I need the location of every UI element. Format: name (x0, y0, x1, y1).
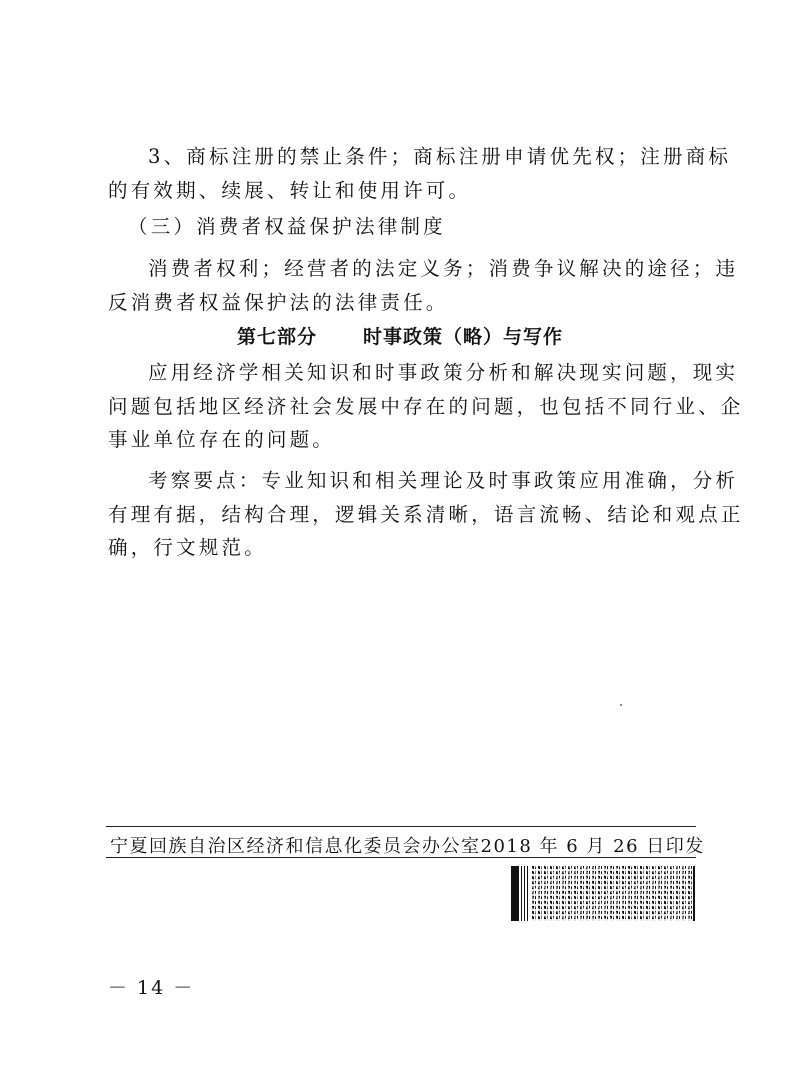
pdf417-barcode (511, 866, 695, 921)
subsection-title-text: （三）消费者权益保护法律制度 (108, 210, 692, 244)
footer-imprint: 宁夏回族自治区经济和信息化委员会办公室 2018 年 6 月 26 日印发 (110, 832, 694, 858)
part-title: 时事政策（略）与写作 (363, 326, 563, 348)
text-line: 3、商标注册的禁止条件；商标注册申请优先权；注册商标 (108, 140, 692, 174)
footer-top-rule (106, 826, 696, 827)
subsection-3-body: 消费者权利；经营者的法定义务；消费争议解决的途径；违 反消费者权益保护法的法律责… (108, 252, 692, 319)
item-3-paragraph: 3、商标注册的禁止条件；商标注册申请优先权；注册商标 的有效期、续展、转让和使用… (108, 140, 692, 207)
barcode-data-block (532, 866, 693, 921)
subsection-3-title: （三）消费者权益保护法律制度 (108, 210, 692, 244)
barcode-stop-pattern (693, 866, 695, 921)
page-number: － 14 － (108, 973, 194, 1000)
text-line: 有理有据，结构合理，逻辑关系清晰，语言流畅、结论和观点正 (108, 498, 692, 532)
scan-speck (620, 704, 622, 706)
issuer-name: 宁夏回族自治区经济和信息化委员会办公室 (110, 832, 481, 858)
text-line: 反消费者权益保护法的法律责任。 (108, 286, 692, 320)
part-7-paragraph-1: 应用经济学相关知识和时事政策分析和解决现实问题，现实 问题包括地区经济社会发展中… (108, 356, 692, 457)
text-line: 考察要点：专业知识和相关理论及时事政策应用准确，分析 (108, 464, 692, 498)
text-line: 问题包括地区经济社会发展中存在的问题，也包括不同行业、企 (108, 390, 692, 424)
footer-bottom-rule (106, 857, 696, 858)
issue-date: 2018 年 6 月 26 日印发 (481, 832, 705, 858)
text-line: 确，行文规范。 (108, 531, 692, 565)
barcode-start-pattern (511, 866, 532, 921)
text-line: 事业单位存在的问题。 (108, 423, 692, 457)
part-label: 第七部分 (237, 326, 317, 348)
text-line: 消费者权利；经营者的法定义务；消费争议解决的途径；违 (108, 252, 692, 286)
part-7-paragraph-2: 考察要点：专业知识和相关理论及时事政策应用准确，分析 有理有据，结构合理，逻辑关… (108, 464, 692, 565)
text-line: 应用经济学相关知识和时事政策分析和解决现实问题，现实 (108, 356, 692, 390)
part-7-heading: 第七部分时事政策（略）与写作 (108, 322, 692, 349)
text-line: 的有效期、续展、转让和使用许可。 (108, 174, 692, 208)
